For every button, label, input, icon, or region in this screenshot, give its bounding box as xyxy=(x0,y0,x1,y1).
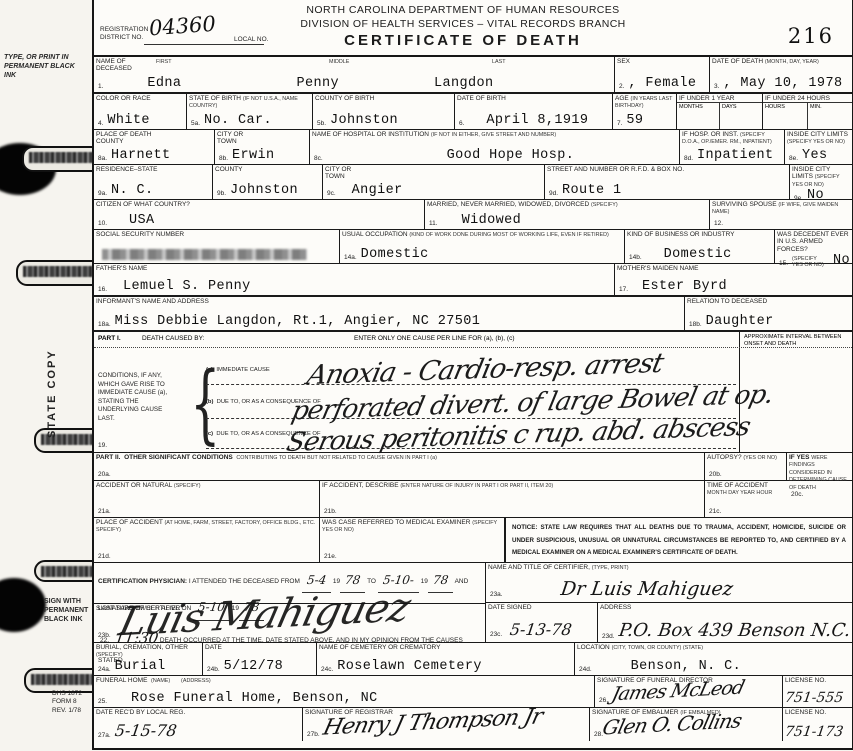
certification-left: CERTIFICATION PHYSICIAN: I ATTENDED THE … xyxy=(94,563,486,642)
field-relation: RELATION TO DECEASED 18b.Daughter xyxy=(684,297,852,330)
item-19: 19. xyxy=(98,442,107,449)
field-other-conditions: PART II. OTHER SIGNIFICANT CONDITIONS CO… xyxy=(94,453,704,480)
relation-value: Daughter xyxy=(706,314,774,329)
field-if-accident-describe: IF ACCIDENT, DESCRIBE (ENTER NATURE OF I… xyxy=(319,481,704,517)
burial-value: Burial xyxy=(115,659,166,674)
sex-value: , Female xyxy=(628,76,696,91)
field-armed-forces: WAS DECEDENT EVER IN U.S. ARMED FORCES? … xyxy=(774,230,852,263)
field-cemetery: NAME OF CEMETERY OR CREMATORY 24c.Rosela… xyxy=(316,643,574,675)
state-of-birth-value: No. Car. xyxy=(204,113,272,128)
field-certifier-name: NAME AND TITLE OF CERTIFIER, (TYPE, PRIN… xyxy=(486,563,852,603)
occupation-value: Domestic xyxy=(361,247,429,262)
part1-title: DEATH CAUSED BY: xyxy=(142,335,204,342)
disposition-date-value: 5/12/78 xyxy=(224,659,284,674)
field-industry: KIND OF BUSINESS OR INDUSTRY 14b.Domesti… xyxy=(624,230,774,263)
conditions-note: CONDITIONS, IF ANY, WHICH GAVE RISE TO I… xyxy=(98,372,178,423)
min-label: MIN. xyxy=(807,103,852,129)
field-if-under-1-year: IF UNDER 1 YEAR MONTHSDAYS xyxy=(676,94,762,129)
field-autopsy: AUTOPSY? (YES OR NO) 20b. xyxy=(704,453,786,480)
row-parents: FATHER'S NAME 16.Lemuel S. Penny MOTHER'… xyxy=(94,264,852,297)
date-received-handwriting: 5-15-78 xyxy=(113,721,177,740)
county-of-birth-value: Johnston xyxy=(330,113,398,128)
informant-value: Miss Debbie Langdon, Rt.1, Angier, NC 27… xyxy=(115,314,481,329)
field-accident-or-natural: ACCIDENT OR NATURAL (SPECIFY) 21a. xyxy=(94,481,319,517)
row-part2: PART II. OTHER SIGNIFICANT CONDITIONS CO… xyxy=(94,453,852,481)
middle-label: MIDDLE xyxy=(329,59,349,65)
certification-block: CERTIFICATION PHYSICIAN: I ATTENDED THE … xyxy=(94,563,852,643)
row-disposition: BURIAL, CREMATION, OTHER (SPECIFY) 24a.B… xyxy=(94,643,852,676)
field-marital-status: MARRIED, NEVER MARRIED, WIDOWED, DIVORCE… xyxy=(424,200,709,229)
days-label: DAYS xyxy=(719,103,762,129)
field-embalmer-license: LICENSE NO. 751-173 xyxy=(782,708,852,741)
race-value: White xyxy=(107,113,150,128)
field-pod-county: PLACE OF DEATHCOUNTY 8a.Harnett xyxy=(94,130,214,164)
field-county-of-birth: COUNTY OF BIRTH 5b.Johnston xyxy=(312,94,454,129)
row-informant: INFORMANT'S NAME AND ADDRESS 18a.Miss De… xyxy=(94,297,852,332)
field-age: AGE (IN YEARS LAST BIRTHDAY) 7.59 xyxy=(612,94,676,129)
field-father-name: FATHER'S NAME 16.Lemuel S. Penny xyxy=(94,264,614,295)
certifier-address-handwriting: P.O. Box 439 Benson N.C. xyxy=(617,620,851,641)
residence-state-value: N. C. xyxy=(111,183,154,198)
field-residence-city-limits: INSIDE CITY LIMITS (SPECIFY YES OR NO) 9… xyxy=(789,165,852,199)
industry-value: Domestic xyxy=(664,247,732,262)
ssn-redaction-smudge xyxy=(102,249,307,260)
citizen-value: USA xyxy=(129,213,155,228)
age-value: 59 xyxy=(626,113,643,128)
first-label: FIRST xyxy=(156,59,172,65)
residence-street-value: Route 1 xyxy=(562,183,622,198)
father-name-value: Lemuel S. Penny xyxy=(123,279,251,294)
field-mother-maiden-name: MOTHER'S MAIDEN NAME 17.Ester Byrd xyxy=(614,264,852,295)
field-disposition-date: DATE 24b.5/12/78 xyxy=(202,643,316,675)
hospital-status-value: Inpatient xyxy=(697,148,774,163)
field-occupation: USUAL OCCUPATION (KIND OF WORK DONE DURI… xyxy=(339,230,624,263)
row-place-of-death: PLACE OF DEATHCOUNTY 8a.Harnett CITY ORT… xyxy=(94,130,852,165)
field-funeral-home: FUNERAL HOME (NAME) (ADDRESS) 25.Rose Fu… xyxy=(94,676,594,707)
field-residence-county: COUNTY 9b.Johnston xyxy=(212,165,322,199)
form-header: REGISTRATIONDISTRICT NO. 04360 LOCAL NO.… xyxy=(94,0,852,57)
field-time-of-accident: TIME OF ACCIDENTMONTH DAY YEAR HOUR 21c. xyxy=(704,481,852,517)
field-date-received: DATE REC'D BY LOCAL REG. 27a.5-15-78 xyxy=(94,708,302,741)
row-funeral-home: FUNERAL HOME (NAME) (ADDRESS) 25.Rose Fu… xyxy=(94,676,852,708)
field-residence-street: STREET AND NUMBER OR R.F.D. & BOX NO. 9d… xyxy=(544,165,789,199)
last-label: LAST xyxy=(492,59,505,65)
field-state-of-birth: STATE OF BIRTH (IF NOT U.S.A., NAME COUN… xyxy=(186,94,312,129)
date-of-birth-value: April 8,1919 xyxy=(486,113,588,128)
field-burial-cremation: BURIAL, CREMATION, OTHER (SPECIFY) 24a.B… xyxy=(94,643,202,675)
field-date-of-death: DATE OF DEATH (MONTH, DAY, YEAR) 3., May… xyxy=(709,57,852,92)
field-race: COLOR OR RACE 4.White xyxy=(94,94,186,129)
notice-text: NOTICE: STATE LAW REQUIRES THAT ALL DEAT… xyxy=(506,518,852,564)
marital-status-value: Widowed xyxy=(462,213,522,228)
row-accident: ACCIDENT OR NATURAL (SPECIFY) 21a. IF AC… xyxy=(94,481,852,518)
interval-label: APPROXIMATE INTERVAL BETWEEN ONSET AND D… xyxy=(744,334,844,349)
attended-to-year: 78 xyxy=(431,567,450,593)
dept-line-1: NORTH CAROLINA DEPARTMENT OF HUMAN RESOU… xyxy=(214,4,712,18)
funeral-license-value: 751-555 xyxy=(784,690,844,706)
certificate-form: REGISTRATIONDISTRICT NO. 04360 LOCAL NO.… xyxy=(92,0,853,750)
state-copy-label: STATE COPY xyxy=(46,349,58,438)
form-code: DHS 1872 FORM 8 REV. 1/78 xyxy=(52,690,82,715)
field-ssn: SOCIAL SECURITY NUMBER xyxy=(94,230,339,263)
part1-header: PART I. DEATH CAUSED BY: ENTER ONLY ONE … xyxy=(94,332,852,348)
field-residence-state: RESIDENCE–STATE 9a.N. C. xyxy=(94,165,212,199)
row-place-of-accident: PLACE OF ACCIDENT (AT HOME, FARM, STREET… xyxy=(94,518,852,563)
residence-county-value: Johnston xyxy=(230,183,298,198)
date-signed-handwriting: 5-13-78 xyxy=(509,620,573,639)
header-titles: NORTH CAROLINA DEPARTMENT OF HUMAN RESOU… xyxy=(214,4,712,49)
hours-label: HOURS xyxy=(763,103,807,129)
notice-box: NOTICE: STATE LAW REQUIRES THAT ALL DEAT… xyxy=(504,518,852,562)
field-hospital: NAME OF HOSPITAL OR INSTITUTION (IF NOT … xyxy=(309,130,679,164)
field-sex: SEX 2., Female xyxy=(614,57,709,92)
pod-city-value: Erwin xyxy=(232,148,275,163)
certificate-number: 216 xyxy=(788,24,834,48)
middle-name: Penny xyxy=(296,76,339,91)
certifier-signature-area: SIGNATURE OF CERTIFIER 23b. Luis Mahigue… xyxy=(94,603,485,642)
part1-cause-of-death: PART I. DEATH CAUSED BY: ENTER ONLY ONE … xyxy=(94,332,852,453)
certification-right: NAME AND TITLE OF CERTIFIER, (TYPE, PRIN… xyxy=(486,563,852,642)
row-registrar: DATE REC'D BY LOCAL REG. 27a.5-15-78 SIG… xyxy=(94,708,852,741)
death-certificate-scan: TYPE, OR PRINT IN PERMANENT BLACK INK ST… xyxy=(0,0,853,751)
dept-line-2: DIVISION OF HEALTH SERVICES – VITAL RECO… xyxy=(214,18,712,32)
field-registrar-signature: SIGNATURE OF REGISTRAR 27b. Henry J Thom… xyxy=(302,708,589,741)
field-citizen: CITIZEN OF WHAT COUNTRY? 10.USA xyxy=(94,200,424,229)
field-certifier-address: ADDRESS 23d.P.O. Box 439 Benson N.C. xyxy=(598,603,852,642)
mother-maiden-name-value: Ester Byrd xyxy=(642,279,727,294)
field-funeral-director-signature: SIGNATURE OF FUNERAL DIRECTOR 26. James … xyxy=(594,676,782,707)
form-code-line: FORM 8 xyxy=(52,698,82,706)
date-of-death-value: , May 10, 1978 xyxy=(723,76,842,91)
row-birth: COLOR OR RACE 4.White STATE OF BIRTH (IF… xyxy=(94,94,852,130)
field-informant: INFORMANT'S NAME AND ADDRESS 18a.Miss De… xyxy=(94,297,684,330)
row-name: NAME OFDECEASED FIRST MIDDLE LAST 1. Edn… xyxy=(94,57,852,94)
field-surviving-spouse: SURVIVING SPOUSE (IF WIFE, GIVE MAIDEN N… xyxy=(709,200,852,229)
field-residence-city: CITY ORTOWN 9c.Angier xyxy=(322,165,544,199)
field-date-of-birth: DATE OF BIRTH 6.April 8,1919 xyxy=(454,94,612,129)
field-funeral-license: LICENSE NO. 751-555 xyxy=(782,676,852,707)
field-pod-city: CITY ORTOWN 8b.Erwin xyxy=(214,130,309,164)
embalmer-license-value: 751-173 xyxy=(784,724,844,740)
first-name: Edna xyxy=(147,76,181,91)
registration-district-value: 04360 xyxy=(148,12,216,41)
field-autopsy-findings: IF YES WERE FINDINGS CONSIDERED IN DETER… xyxy=(786,453,852,480)
cemetery-value: Roselawn Cemetery xyxy=(337,659,482,674)
part1-label: PART I. xyxy=(98,335,121,342)
pod-county-value: Harnett xyxy=(111,148,171,163)
part1-instruction: ENTER ONLY ONE CAUSE PER LINE FOR (a), (… xyxy=(354,335,514,342)
cemetery-location-value: Benson, N. C. xyxy=(631,659,742,674)
type-print-note: TYPE, OR PRINT IN PERMANENT BLACK INK xyxy=(4,54,76,80)
field-date-signed: DATE SIGNED 23c. 5-13-78 xyxy=(486,603,598,642)
registration-district-label: REGISTRATIONDISTRICT NO. xyxy=(100,26,148,42)
last-name: Langdon xyxy=(434,76,494,91)
form-code-line: REV. 1/78 xyxy=(52,707,82,715)
field-hospital-status: IF HOSP. OR INST. (SPECIFY D.O.A., OP./E… xyxy=(679,130,784,164)
pod-city-limits-value: Yes xyxy=(802,148,828,163)
funeral-home-value: Rose Funeral Home, Benson, NC xyxy=(131,691,378,706)
form-code-line: DHS 1872 xyxy=(52,690,82,698)
certifier-name-handwriting: Dr Luis Mahiguez xyxy=(559,578,734,600)
field-if-under-24-hours: IF UNDER 24 HOURS HOURSMIN. xyxy=(762,94,852,129)
residence-city-value: Angier xyxy=(352,183,403,198)
months-label: MONTHS xyxy=(677,103,719,129)
row-citizen: CITIZEN OF WHAT COUNTRY? 10.USA MARRIED,… xyxy=(94,200,852,230)
field-referred-to-medical-examiner: WAS CASE REFERRED TO MEDICAL EXAMINER (S… xyxy=(319,518,504,562)
field-pod-city-limits: INSIDE CITY LIMITS (SPECIFY YES OR NO) 8… xyxy=(784,130,852,164)
field-place-of-accident: PLACE OF ACCIDENT (AT HOME, FARM, STREET… xyxy=(94,518,319,562)
field-name-of-deceased: NAME OFDECEASED FIRST MIDDLE LAST 1. Edn… xyxy=(94,57,614,92)
certificate-title: CERTIFICATE OF DEATH xyxy=(214,32,712,49)
hole-punch-bottom xyxy=(0,578,46,632)
field-cemetery-location: LOCATION (CITY, TOWN, OR COUNTY) (STATE)… xyxy=(574,643,852,675)
hospital-value: Good Hope Hosp. xyxy=(447,148,575,163)
row-residence: RESIDENCE–STATE 9a.N. C. COUNTY 9b.Johns… xyxy=(94,165,852,200)
field-embalmer-signature: SIGNATURE OF EMBALMER (IF EMBALMED) 28. … xyxy=(589,708,782,741)
row-ssn-occupation: SOCIAL SECURITY NUMBER USUAL OCCUPATION … xyxy=(94,230,852,264)
